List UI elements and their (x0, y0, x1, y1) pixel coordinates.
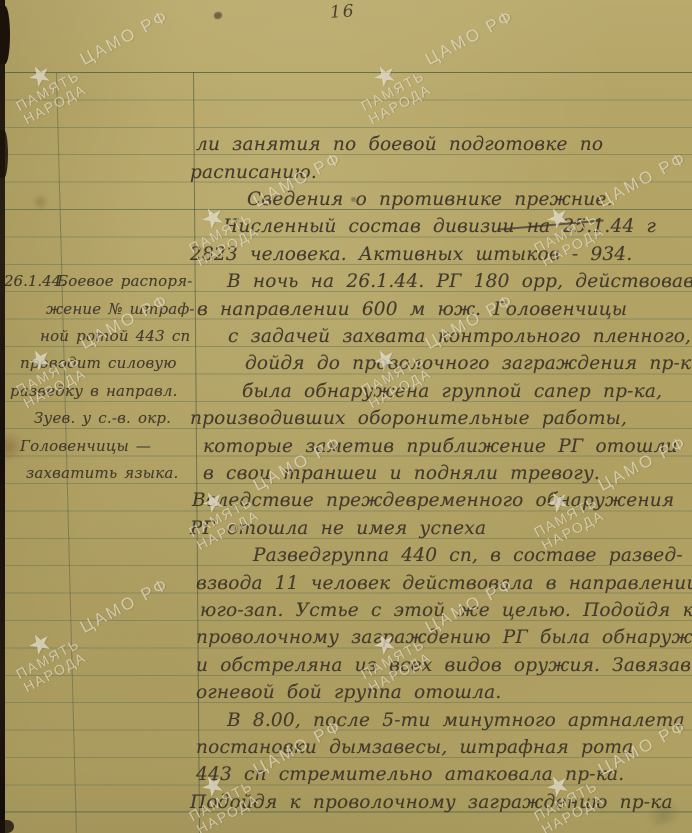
watermark-camo-label: ЦАМО РФ (77, 6, 173, 69)
page-edge-tear (0, 6, 10, 64)
page-edge-tear (0, 130, 8, 178)
ruled-line-accent (0, 209, 692, 210)
page-number: 16 (329, 1, 356, 23)
scanned-journal-page: 16 26.1.44. Боевое распоря-жение № штраф… (0, 0, 692, 833)
ruled-lines (0, 72, 692, 833)
watermark-camo-label: ЦАМО РФ (422, 6, 518, 69)
ruled-line-accent (0, 811, 692, 812)
ink-smudge (214, 12, 222, 19)
page-edge-tear (0, 820, 14, 833)
page-edge-shadow (0, 0, 5, 833)
table-top-border (0, 72, 692, 73)
